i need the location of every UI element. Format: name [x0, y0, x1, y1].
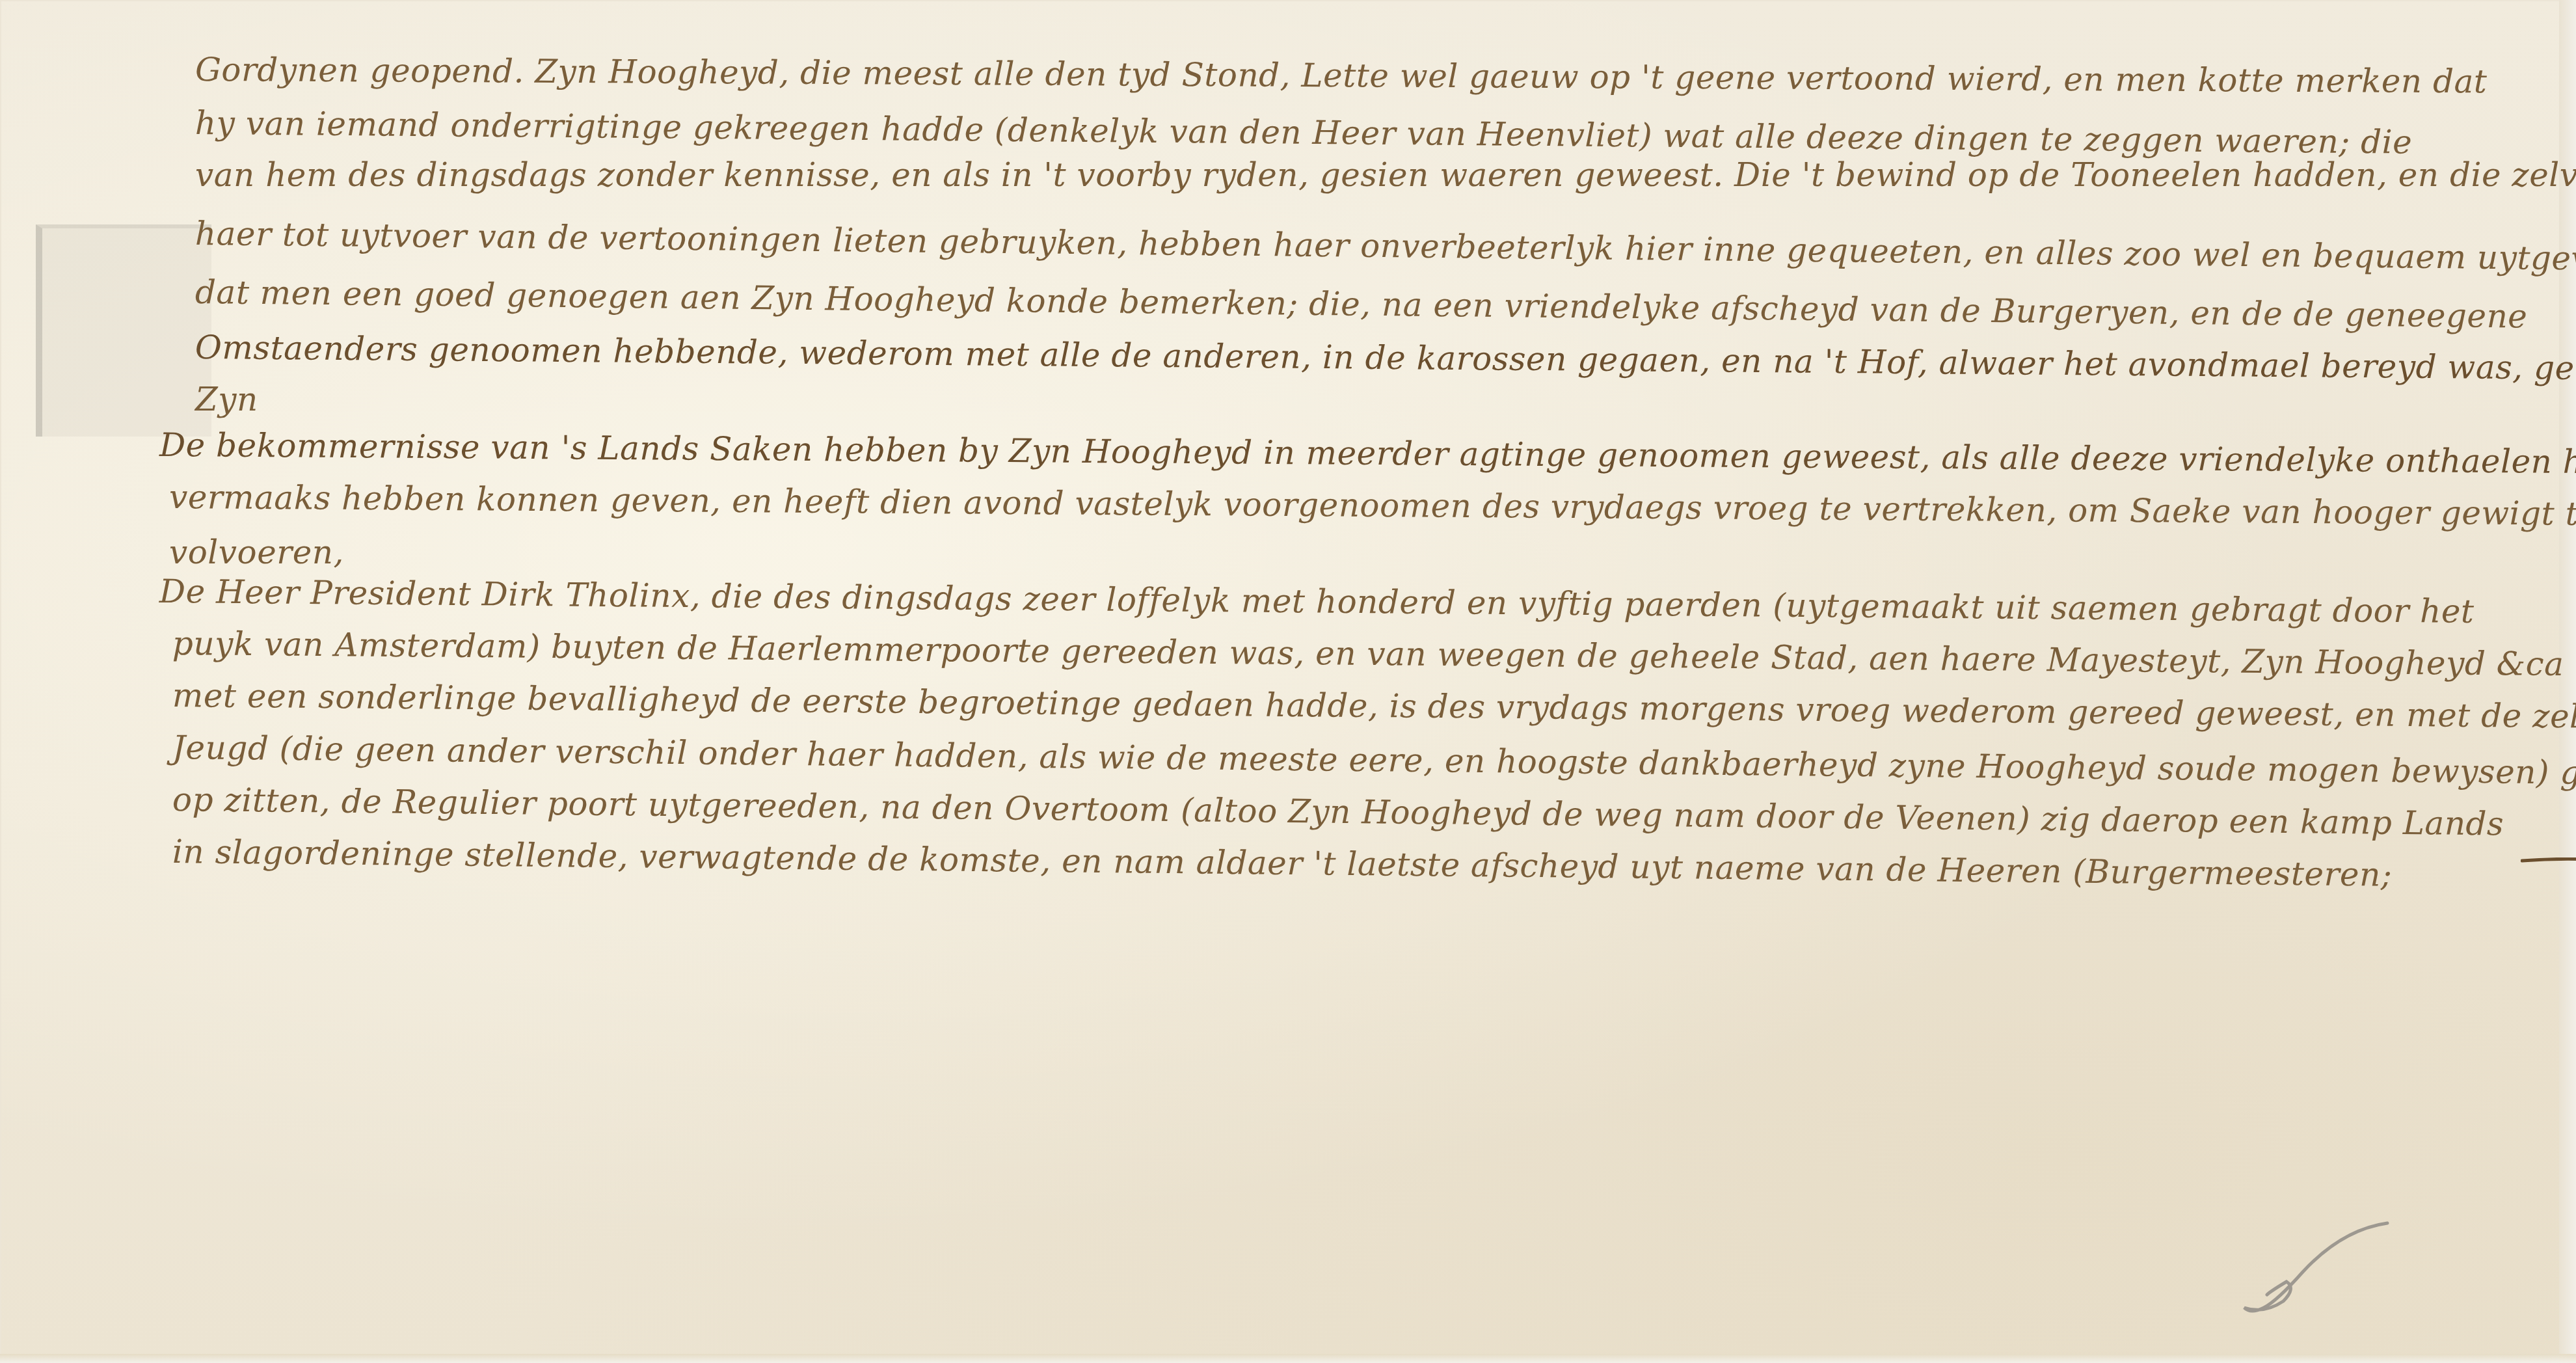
text-line: Jeugd (die geen ander verschil onder hae… [172, 729, 2576, 792]
text-line: van hem des dingsdags zonder kennisse, e… [195, 156, 2576, 194]
manuscript-text: Gordynen geopend. Zyn Hoogheyd, die mees… [0, 0, 2576, 1363]
text-line: Omstaenders genoomen hebbende, wederom m… [195, 329, 2576, 388]
text-line: Gordynen geopend. Zyn Hoogheyd, die mees… [195, 51, 2488, 100]
text-line: hy van iemand onderrigtinge gekreegen ha… [195, 104, 2413, 161]
text-line: Zyn [195, 381, 258, 418]
pencil-folio-mark-icon [2225, 1210, 2459, 1340]
text-line: haer tot uytvoer van de vertooningen lie… [195, 215, 2576, 278]
manuscript-sheet: Gordynen geopend. Zyn Hoogheyd, die mees… [0, 0, 2576, 1363]
text-line: De Heer President Dirk Tholinx, die des … [159, 573, 2475, 630]
text-line: puyk van Amsterdam) buyten de Haerlemmer… [172, 625, 2564, 683]
line-end-flourish [2521, 857, 2576, 863]
text-line: met een sonderlinge bevalligheyd de eers… [172, 677, 2576, 736]
text-line: vermaaks hebben konnen geven, en heeft d… [169, 478, 2576, 533]
text-line: op zitten, de Regulier poort uytgereeden… [172, 781, 2504, 843]
text-line: De bekommernisse van 's Lands Saken hebb… [159, 426, 2576, 481]
text-line: dat men een goed genoegen aen Zyn Hooghe… [195, 273, 2528, 336]
text-line: in slagordeninge stellende, verwagtende … [172, 833, 2393, 894]
text-line: volvoeren, [169, 533, 344, 571]
